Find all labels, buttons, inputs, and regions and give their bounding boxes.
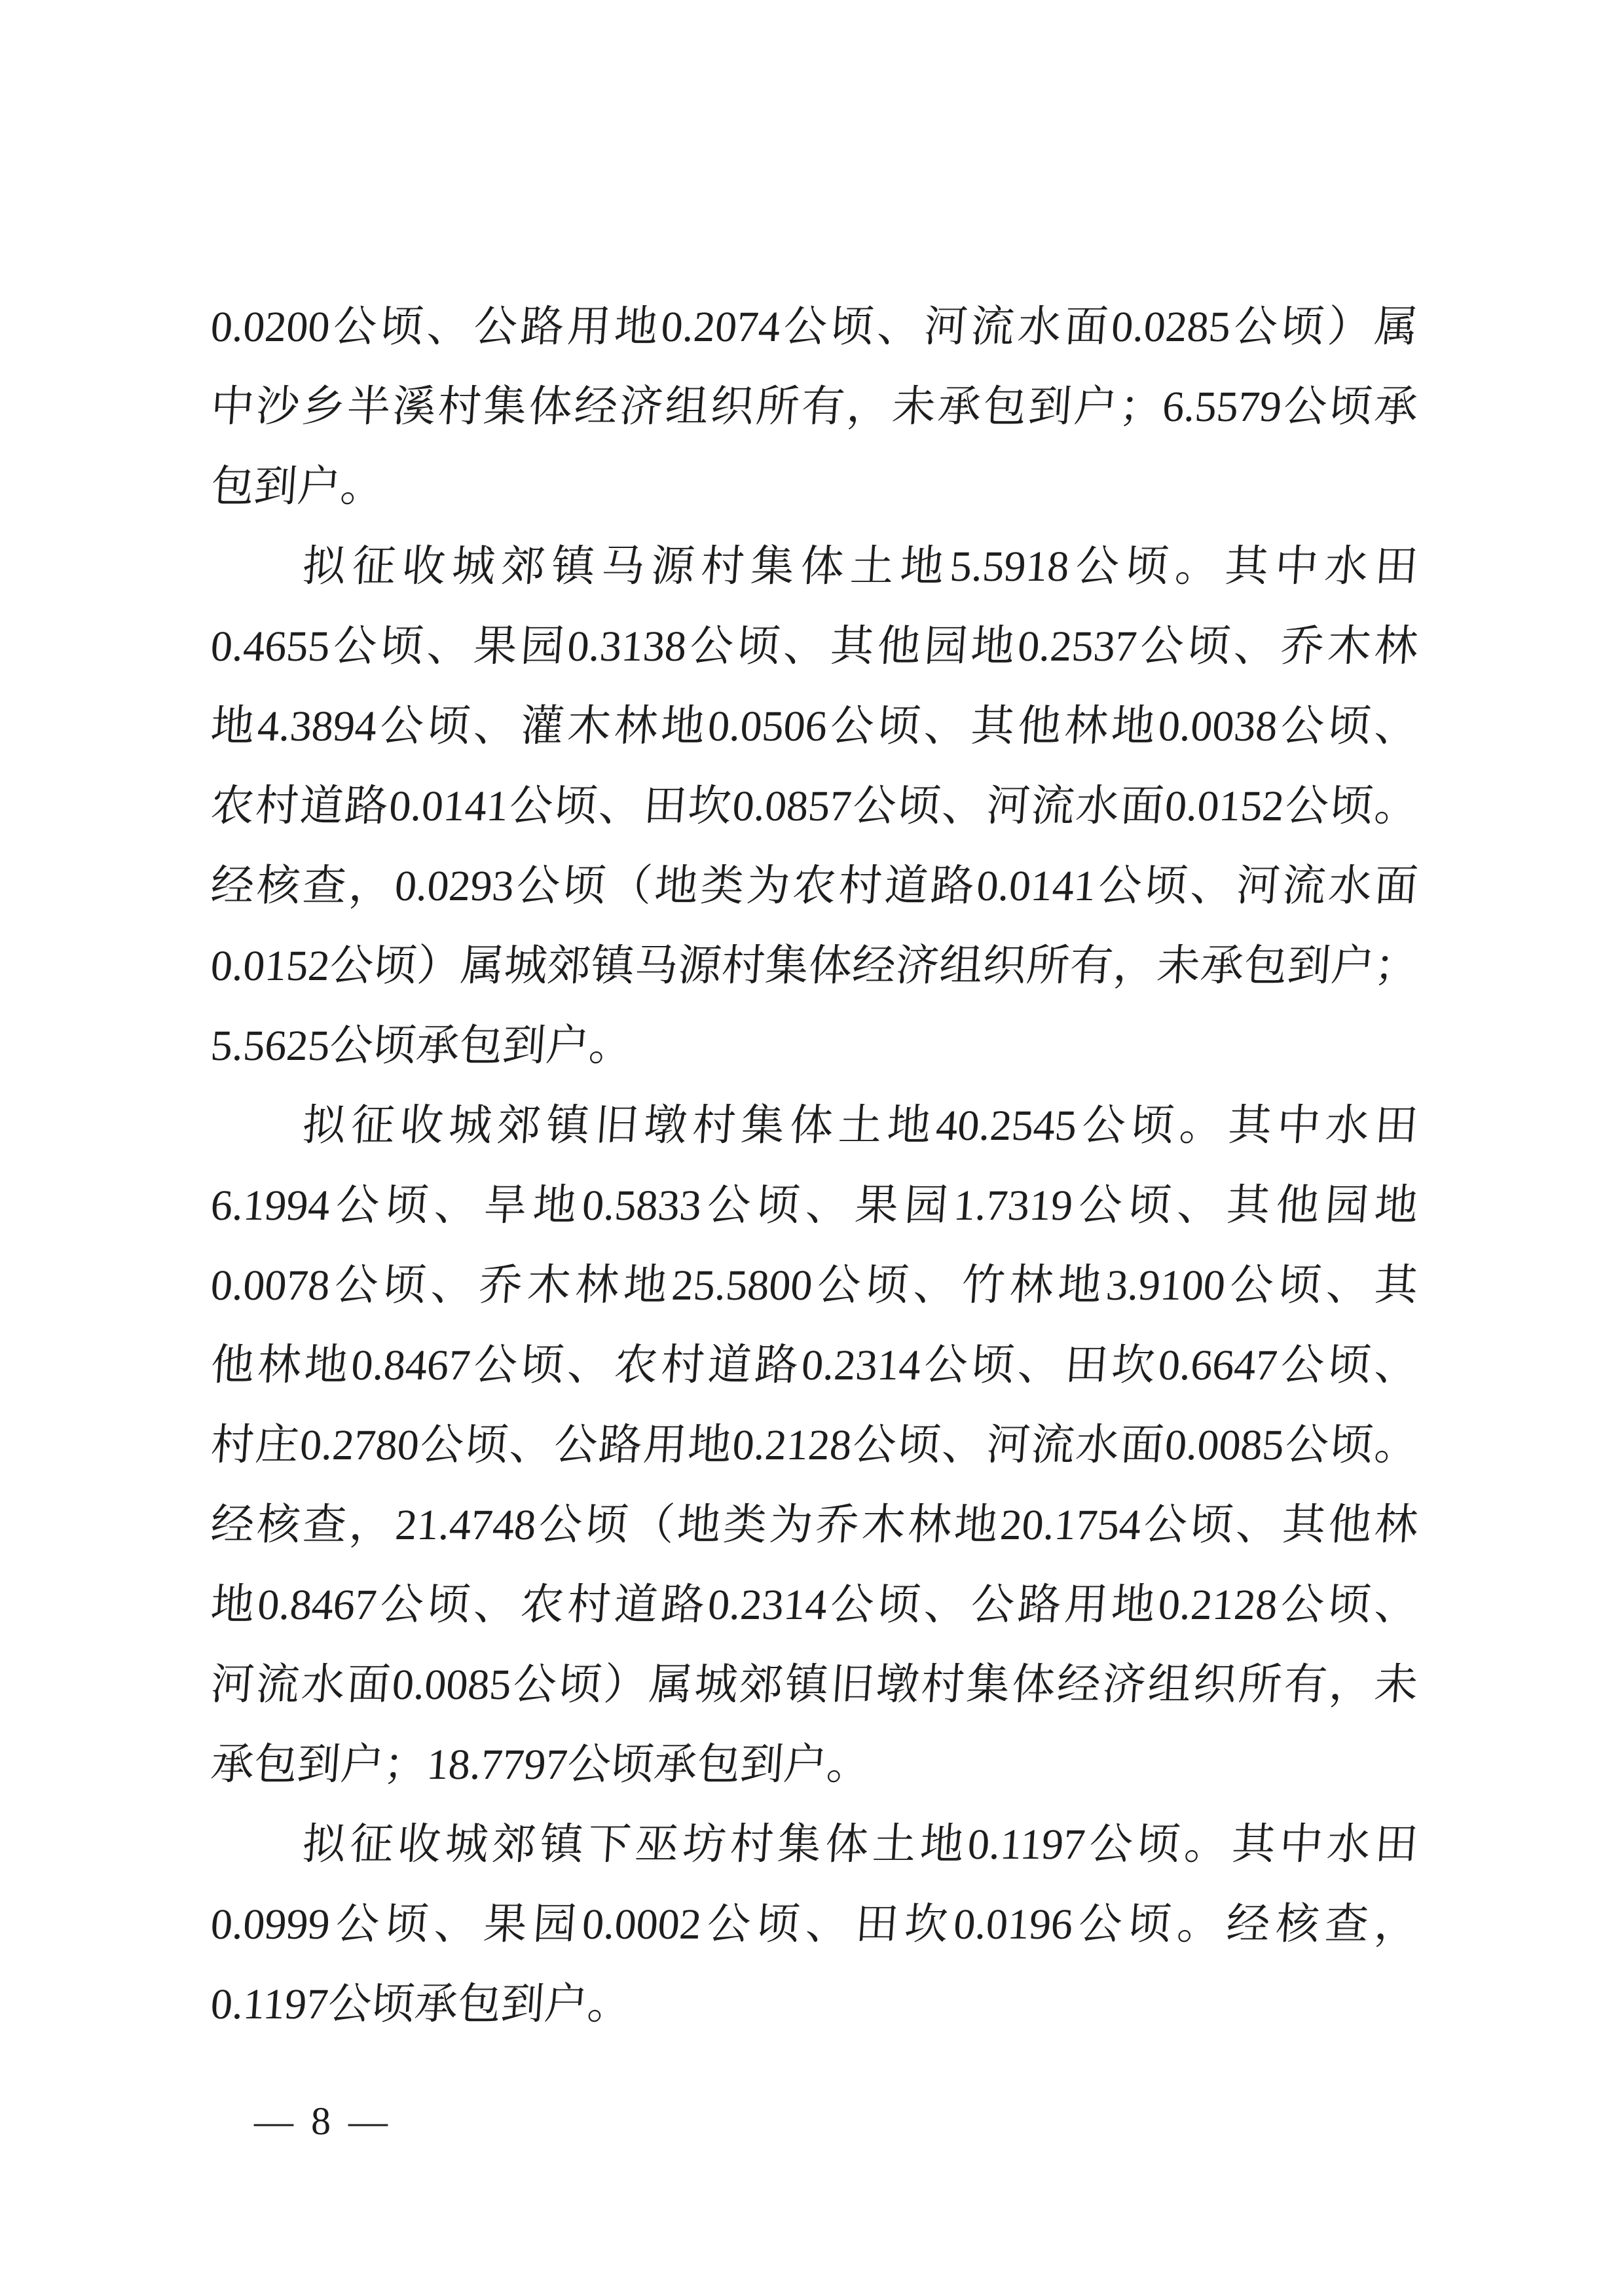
text-line: 拟征收城郊镇马源村集体土地5.5918公顷。其中水田 — [208, 527, 1421, 607]
text-line: 6.1994公顷、旱地0.5833公顷、果园1.7319公顷、其他园地 — [208, 1166, 1421, 1246]
text-line: 包到户。 — [208, 447, 1421, 527]
document-text: 0.0200公顷、公路用地0.2074公顷、河流水面0.0285公顷）属中沙乡半… — [211, 287, 1418, 2045]
page-number: — 8 — — [254, 2092, 392, 2150]
text-line: 农村道路0.0141公顷、田坎0.0857公顷、河流水面0.0152公顷。 — [208, 767, 1421, 847]
text-line: 0.0200公顷、公路用地0.2074公顷、河流水面0.0285公顷）属 — [208, 287, 1421, 367]
text-line: 0.0078公顷、乔木林地25.5800公顷、竹林地3.9100公顷、其 — [208, 1246, 1421, 1326]
text-line: 村庄0.2780公顷、公路用地0.2128公顷、河流水面0.0085公顷。 — [208, 1406, 1421, 1485]
text-line: 5.5625公顷承包到户。 — [208, 1006, 1421, 1086]
text-line: 0.0152公顷）属城郊镇马源村集体经济组织所有，未承包到户； — [208, 926, 1421, 1006]
text-line: 承包到户；18.7797公顷承包到户。 — [208, 1725, 1421, 1805]
scanned-document-page: 0.0200公顷、公路用地0.2074公顷、河流水面0.0285公顷）属中沙乡半… — [0, 0, 1624, 2296]
text-line: 0.1197公顷承包到户。 — [208, 1965, 1421, 2045]
text-line: 河流水面0.0085公顷）属城郊镇旧墩村集体经济组织所有，未 — [208, 1645, 1421, 1725]
text-line: 拟征收城郊镇下巫坊村集体土地0.1197公顷。其中水田 — [208, 1805, 1421, 1885]
text-line: 0.4655公顷、果园0.3138公顷、其他园地0.2537公顷、乔木林 — [208, 607, 1421, 687]
text-line: 地0.8467公顷、农村道路0.2314公顷、公路用地0.2128公顷、 — [208, 1565, 1421, 1645]
text-line: 经核查，0.0293公顷（地类为农村道路0.0141公顷、河流水面 — [208, 847, 1421, 926]
text-line: 中沙乡半溪村集体经济组织所有，未承包到户；6.5579公顷承 — [208, 367, 1421, 447]
text-line: 0.0999公顷、果园0.0002公顷、田坎0.0196公顷。经核查， — [208, 1885, 1421, 1965]
text-line: 地4.3894公顷、灌木林地0.0506公顷、其他林地0.0038公顷、 — [208, 687, 1421, 767]
text-line: 拟征收城郊镇旧墩村集体土地40.2545公顷。其中水田 — [208, 1086, 1421, 1166]
text-line: 他林地0.8467公顷、农村道路0.2314公顷、田坎0.6647公顷、 — [208, 1326, 1421, 1406]
text-line: 经核查，21.4748公顷（地类为乔木林地20.1754公顷、其他林 — [208, 1485, 1421, 1565]
